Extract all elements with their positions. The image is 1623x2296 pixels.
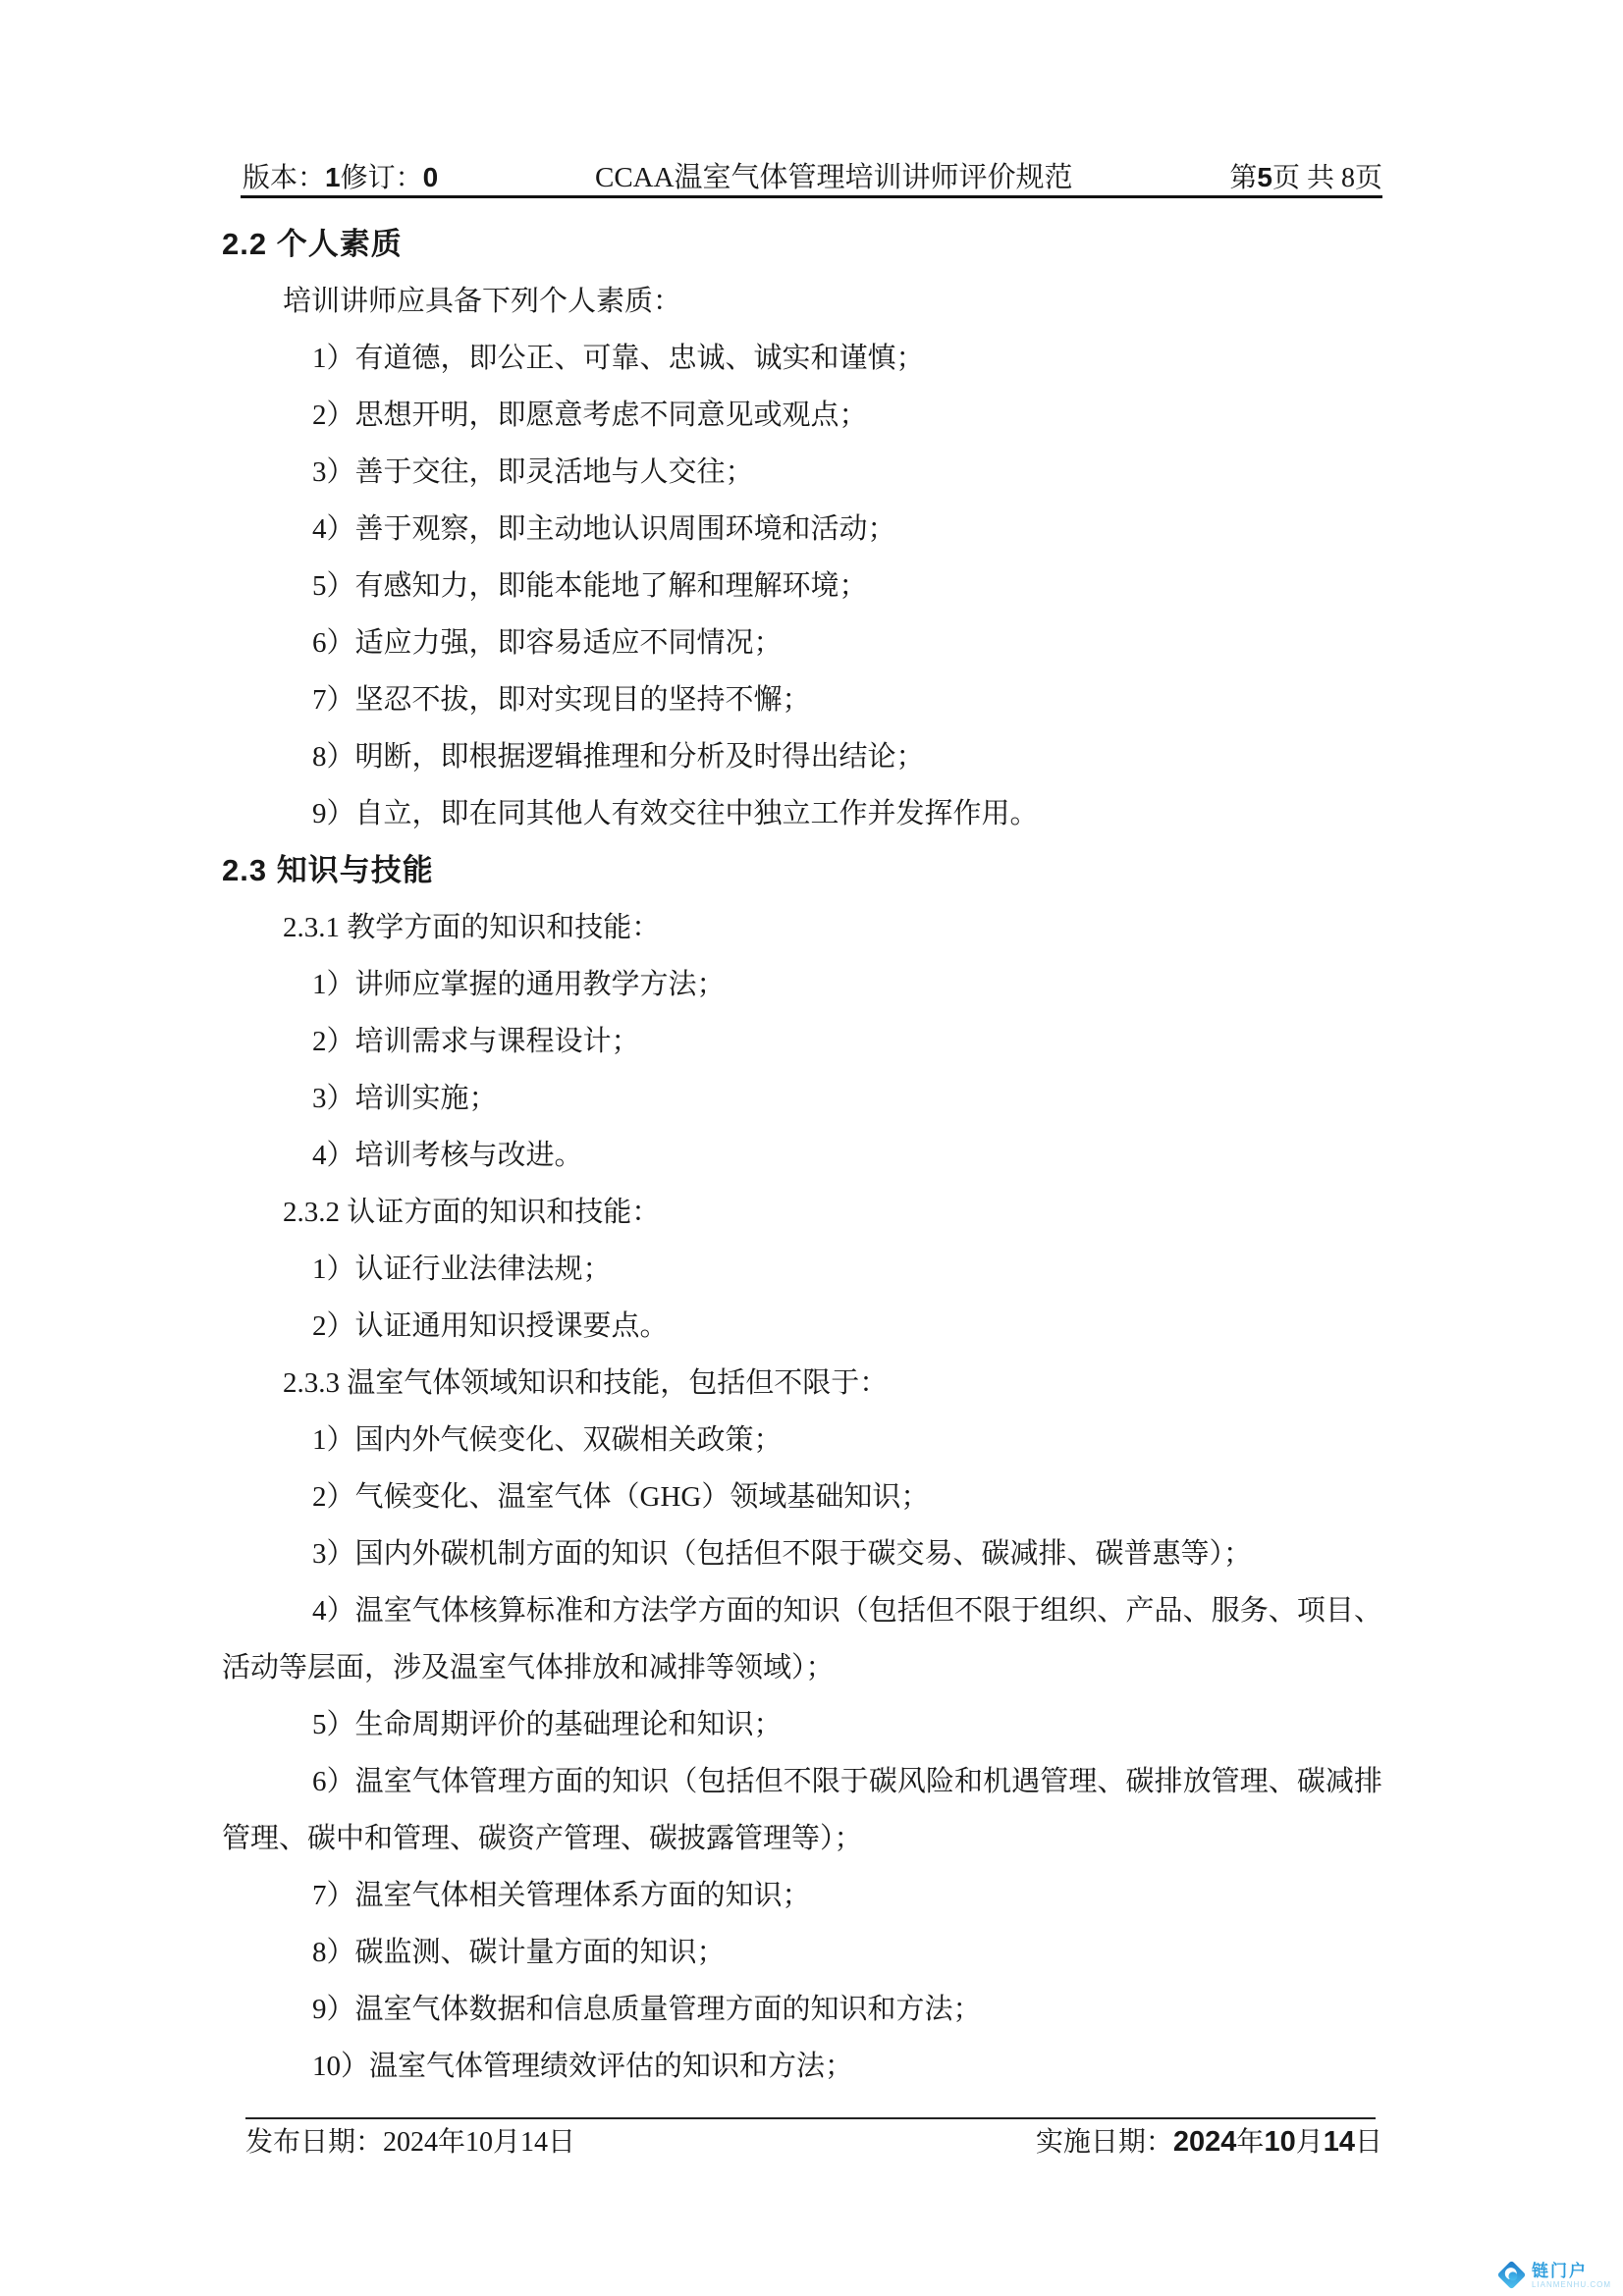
document-page: 版本：1修订：0 CCAA温室气体管理培训讲师评价规范 第5页 共 8页 2.2… — [0, 0, 1623, 2296]
list-item: 2）认证通用知识授课要点。 — [222, 1298, 1382, 1355]
list-item: 6）适应力强，即容易适应不同情况； — [222, 614, 1382, 671]
header-rule — [241, 195, 1382, 198]
page-header: 版本：1修订：0 CCAA温室气体管理培训讲师评价规范 第5页 共 8页 — [243, 155, 1382, 195]
section-2-2-intro: 培训讲师应具备下列个人素质： — [222, 273, 1382, 330]
implement-date-year: 2024 — [1173, 2126, 1237, 2158]
revision-value: 0 — [423, 162, 439, 192]
list-item: 9）温室气体数据和信息质量管理方面的知识和方法； — [222, 1981, 1382, 2038]
list-item: 1）国内外气候变化、双碳相关政策； — [222, 1412, 1382, 1468]
list-item: 4）温室气体核算标准和方法学方面的知识（包括但不限于组织、产品、服务、项目、活动… — [222, 1582, 1382, 1696]
implement-date-label: 实施日期： — [1036, 2127, 1173, 2158]
list-item: 1）有道德，即公正、可靠、忠诚、诚实和谨慎； — [222, 330, 1382, 387]
publish-date-value: 2024年10月14日 — [383, 2127, 575, 2158]
document-body: 2.2 个人素质 培训讲师应具备下列个人素质： 1）有道德，即公正、可靠、忠诚、… — [222, 216, 1382, 2095]
implement-date-day: 14 — [1324, 2126, 1355, 2158]
list-item: 8）碳监测、碳计量方面的知识； — [222, 1924, 1382, 1981]
section-heading-2-2: 2.2 个人素质 — [222, 216, 1382, 273]
list-item: 4）培训考核与改进。 — [222, 1127, 1382, 1184]
list-item: 3）善于交往，即灵活地与人交往； — [222, 444, 1382, 501]
list-item: 10）温室气体管理绩效评估的知识和方法； — [222, 2038, 1382, 2095]
subsection-heading-2-3-3: 2.3.3 温室气体领域知识和技能，包括但不限于： — [222, 1355, 1382, 1412]
page-number-prefix: 第 — [1229, 163, 1257, 193]
list-item: 2）培训需求与课程设计； — [222, 1013, 1382, 1070]
lianmenhu-watermark: 链门户 LIANMENHU.COM — [1496, 2260, 1611, 2292]
header-version-revision: 版本：1修订：0 — [243, 156, 438, 195]
list-item: 7）温室气体相关管理体系方面的知识； — [222, 1867, 1382, 1924]
implement-date: 实施日期：2024年10月14日 — [1036, 2120, 1382, 2160]
implement-date-year-unit: 年 — [1236, 2127, 1264, 2158]
list-item: 2）思想开明，即愿意考虑不同意见或观点； — [222, 387, 1382, 444]
list-item: 3）培训实施； — [222, 1070, 1382, 1127]
list-item: 5）生命周期评价的基础理论和知识； — [222, 1696, 1382, 1753]
implement-date-month: 10 — [1264, 2126, 1295, 2158]
implement-date-day-unit: 日 — [1355, 2127, 1382, 2158]
page-number-middle: 页 共 — [1272, 163, 1341, 193]
version-value: 1 — [325, 162, 341, 192]
list-item: 6）温室气体管理方面的知识（包括但不限于碳风险和机遇管理、碳排放管理、碳减排管理… — [222, 1753, 1382, 1867]
list-item: 7）坚忍不拔，即对实现目的坚持不懈； — [222, 671, 1382, 728]
list-item: 2）气候变化、温室气体（GHG）领域基础知识； — [222, 1468, 1382, 1525]
page-footer: 发布日期：2024年10月14日 实施日期：2024年10月14日 — [245, 2120, 1382, 2160]
list-item: 4）善于观察，即主动地认识周围环境和活动； — [222, 501, 1382, 558]
publish-date: 发布日期：2024年10月14日 — [245, 2120, 575, 2160]
lianmenhu-domain: LIANMENHU.COM — [1532, 2280, 1611, 2289]
subsection-heading-2-3-1: 2.3.1 教学方面的知识和技能： — [222, 899, 1382, 956]
version-label: 版本： — [243, 163, 325, 193]
lianmenhu-logo-text: 链门户 LIANMENHU.COM — [1532, 2263, 1611, 2289]
list-item: 5）有感知力，即能本能地了解和理解环境； — [222, 558, 1382, 614]
publish-date-label: 发布日期： — [245, 2127, 383, 2158]
footer-rule — [245, 2117, 1376, 2119]
page-number-current: 5 — [1257, 162, 1272, 192]
document-title: CCAA温室气体管理培训讲师评价规范 — [438, 155, 1229, 195]
list-item: 9）自立，即在同其他人有效交往中独立工作并发挥作用。 — [222, 785, 1382, 842]
lianmenhu-diamond-icon — [1497, 2261, 1527, 2290]
lianmenhu-name: 链门户 — [1532, 2263, 1611, 2280]
implement-date-month-unit: 月 — [1296, 2127, 1324, 2158]
revision-label: 修订： — [341, 163, 423, 193]
subsection-heading-2-3-2: 2.3.2 认证方面的知识和技能： — [222, 1184, 1382, 1241]
list-item: 3）国内外碳机制方面的知识（包括但不限于碳交易、碳减排、碳普惠等）； — [222, 1525, 1382, 1582]
page-number-total: 8 — [1341, 163, 1355, 193]
page-number-suffix: 页 — [1355, 163, 1382, 193]
list-item: 1）认证行业法律法规； — [222, 1241, 1382, 1298]
list-item: 8）明断，即根据逻辑推理和分析及时得出结论； — [222, 728, 1382, 785]
page-number: 第5页 共 8页 — [1229, 156, 1382, 195]
list-item: 1）讲师应掌握的通用教学方法； — [222, 956, 1382, 1013]
section-heading-2-3: 2.3 知识与技能 — [222, 842, 1382, 899]
